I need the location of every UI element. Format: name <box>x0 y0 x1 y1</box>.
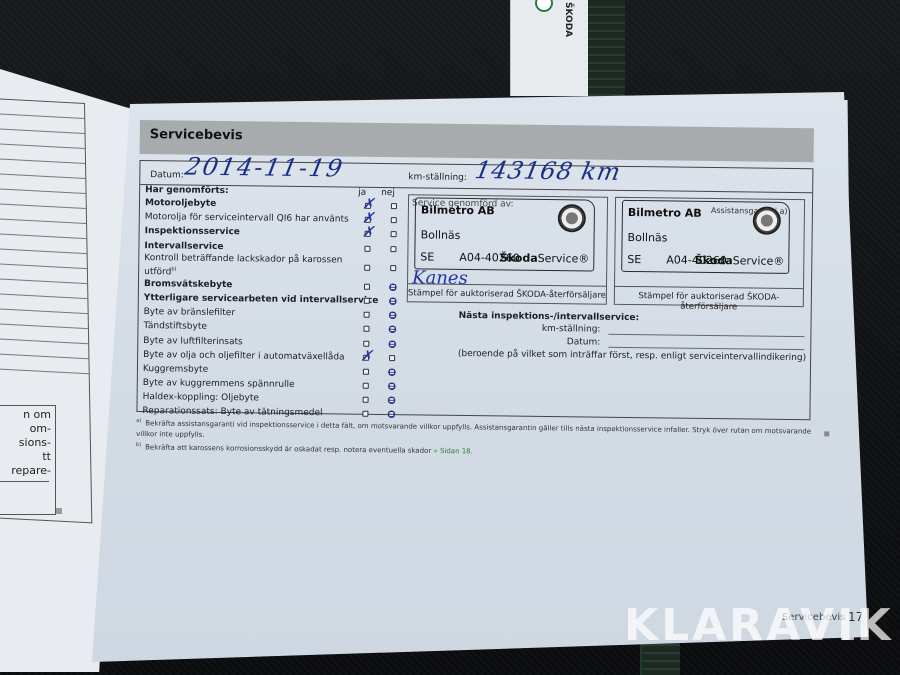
date-handwritten: 2014-11-19 <box>183 153 347 183</box>
next-km-label: km-ställning: <box>542 324 601 335</box>
skoda-service-brand: ŠkodaService® <box>695 254 785 268</box>
next-date-label: Datum: <box>567 337 601 347</box>
checklist-item-label: Byte av bränslefilter <box>144 307 236 318</box>
checkbox-ja[interactable] <box>362 411 368 417</box>
dealer-country: SE <box>420 250 434 263</box>
left-page-note: n om om- sions- tt repare- <box>0 405 56 515</box>
checkbox-nej[interactable] <box>390 246 396 252</box>
checkbox-ja[interactable] <box>363 326 369 332</box>
checkbox-ja[interactable] <box>363 369 369 375</box>
checklist-item-label: Bromsvätskebyte <box>144 279 233 290</box>
checklist-item-label: Kontroll beträffande lackskador på karos… <box>144 253 342 277</box>
watermark: KLARAVIK <box>624 600 894 651</box>
stamp-caption: Stämpel för auktoriserad ŠKODA-återförsä… <box>408 283 606 300</box>
checklist-item-label: Haldex-koppling: Oljebyte <box>143 392 259 403</box>
checklist-item-label: Byte av luftfilterinsats <box>143 336 243 347</box>
page-marker-square <box>824 431 829 436</box>
skoda-logo-icon <box>535 0 553 12</box>
km-handwritten: 143168 km <box>473 156 624 186</box>
assistance-stamp-area: Bilmetro AB Assistansgaranti a) Bollnäs … <box>614 197 805 307</box>
stamp-caption: Stämpel för auktoriserad ŠKODA-återförsä… <box>615 286 803 313</box>
service-checklist: Har genomförts: Motoroljebyte✗Motorolja … <box>142 185 405 422</box>
handwritten-strike-icon: ⊖ <box>387 336 397 352</box>
service-certificate: Servicebevis Datum: 2014-11-19 km-ställn… <box>136 120 830 458</box>
checklist-item-label: Kuggremsbyte <box>143 364 208 375</box>
checkbox-nej[interactable] <box>389 355 395 361</box>
checkbox-ja[interactable] <box>364 298 370 304</box>
dealer-country: SE <box>627 253 641 266</box>
checkbox-ja[interactable] <box>364 265 370 271</box>
next-service-note: (beroende på vilket som inträffar först,… <box>420 348 810 363</box>
km-label: km-ställning: <box>408 172 467 183</box>
skoda-emblem-icon <box>558 204 586 232</box>
next-service-section: Nästa inspektions-/intervallservice: km-… <box>420 310 811 363</box>
checkbox-nej[interactable] <box>391 217 397 223</box>
checklist-item-label: Tändstiftsbyte <box>143 321 207 332</box>
dealer-stamp-area: Service genomförd av: Bilmetro AB Bollnä… <box>407 194 608 304</box>
checklist-item: Kontroll beträffande lackskador på karos… <box>144 253 354 280</box>
checkbox-ja[interactable] <box>364 312 370 318</box>
checkbox-nej[interactable] <box>391 231 397 237</box>
checkbox-nej[interactable] <box>390 265 396 271</box>
skoda-service-brand: ŠkodaService® <box>500 251 590 265</box>
checkbox-ja[interactable] <box>363 383 369 389</box>
handwritten-cross-icon: ✗ <box>362 224 375 240</box>
dealer-name: Bilmetro AB <box>628 206 702 220</box>
checklist-item-label: Motorolja för serviceintervall QI6 har a… <box>145 212 349 224</box>
checkbox-ja[interactable] <box>363 397 369 403</box>
next-date-field <box>608 347 804 350</box>
seat-stitching <box>585 0 625 100</box>
dealer-stamp: Bilmetro AB Bollnäs SE A04-40260 ŠkodaSe… <box>414 197 595 271</box>
service-form: Datum: 2014-11-19 km-ställning: 143168 k… <box>136 160 813 420</box>
dealer-city: Bollnäs <box>628 231 668 244</box>
checklist-item-label: Inspektionsservice <box>145 226 240 237</box>
checklist-item-label: Byte av kuggremmens spännrulle <box>143 378 295 390</box>
date-label: Datum: <box>150 170 184 180</box>
checkbox-ja[interactable] <box>363 340 369 346</box>
checklist-item-label: Ytterligare servicearbeten vid intervall… <box>144 293 379 306</box>
oil-tag-brand: ŠKODA <box>563 2 573 37</box>
page-marker-square <box>56 508 62 514</box>
checklist-item-label: Byte av olja och oljefilter i automatväx… <box>143 350 345 362</box>
oil-recommendation-tag: ŠKODA Škoda recommend Castrol EDGE Prof <box>510 0 588 96</box>
handwritten-cross-icon: ✗ <box>360 347 373 363</box>
page-reference-link[interactable]: » Sidan 18. <box>433 447 473 455</box>
dealer-name: Bilmetro AB <box>421 203 495 217</box>
dealer-stamp: Bilmetro AB Assistansgaranti a) Bollnäs … <box>621 200 790 274</box>
checkbox-ja[interactable] <box>364 245 370 251</box>
checkbox-nej[interactable] <box>391 203 397 209</box>
skoda-emblem-icon <box>753 206 781 234</box>
checklist-item-label: Intervallservice <box>144 241 223 252</box>
checkbox-ja[interactable] <box>364 283 370 289</box>
checklist-item-label: Motoroljebyte <box>145 198 216 209</box>
dealer-city: Bollnäs <box>421 228 461 241</box>
